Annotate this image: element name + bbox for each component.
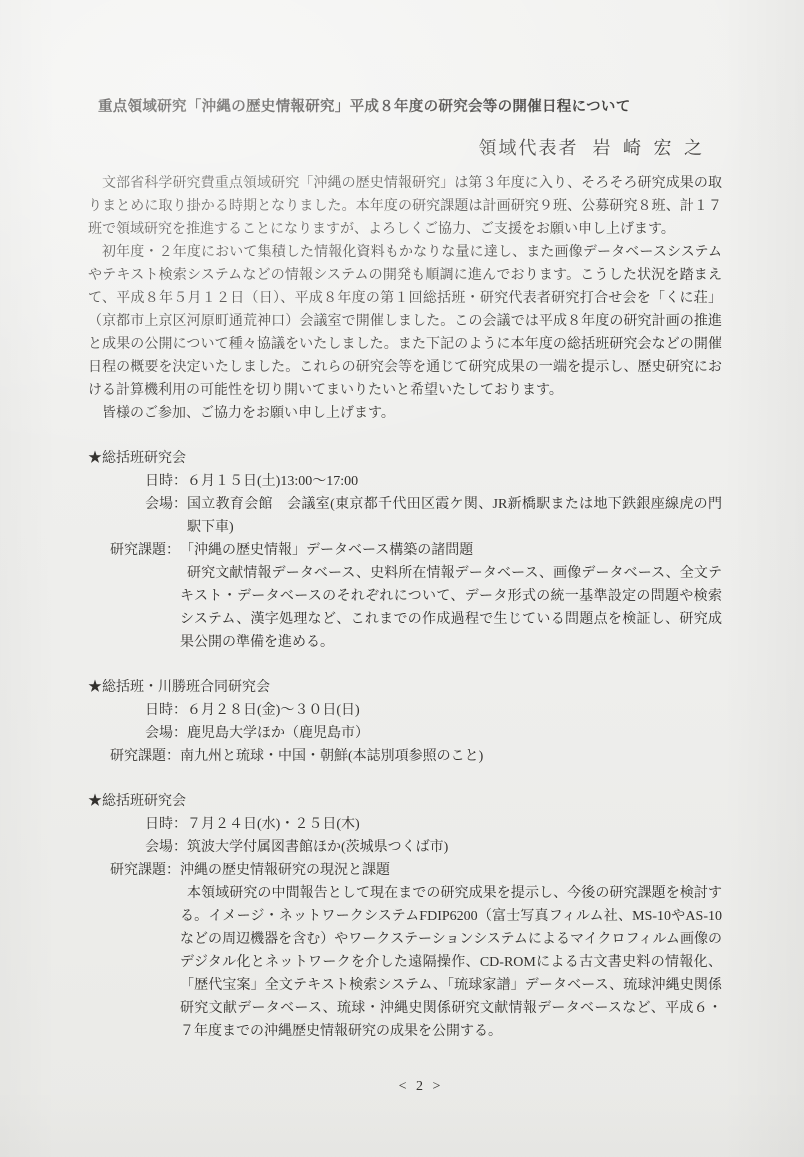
page-number: < 2 > bbox=[104, 1075, 738, 1098]
venue-label: 会場： bbox=[145, 493, 187, 539]
page-title: 重点領域研究「沖縄の歴史情報研究」平成８年度の研究会等の開催日程について bbox=[98, 96, 722, 119]
section-soukatsuhan-meeting-june: ★総括班研究会 日時： ６月１５日(土)13:00～17:00 会場： 国立教育… bbox=[88, 447, 722, 654]
topic-label: 研究課題： bbox=[110, 859, 180, 882]
section-heading: ★総括班・川勝班合同研究会 bbox=[88, 676, 722, 699]
topic-detail: 研究文献情報データベース、史料所在情報データベース、画像データベース、全文テキス… bbox=[180, 562, 722, 654]
author-line: 領域代表者岩 崎 宏 之 bbox=[88, 137, 706, 160]
venue-row: 会場： 国立教育会館 会議室(東京都千代田区霞ケ関、JR新橋駅または地下鉄銀座線… bbox=[145, 493, 722, 539]
venue-label: 会場： bbox=[145, 836, 187, 859]
datetime-row: 日時： ６月１５日(土)13:00～17:00 bbox=[145, 470, 722, 493]
datetime-value: ６月１５日(土)13:00～17:00 bbox=[187, 470, 722, 493]
datetime-row: 日時： ６月２８日(金)～３０日(日) bbox=[145, 699, 722, 722]
author-name: 岩 崎 宏 之 bbox=[593, 138, 707, 158]
section-heading: ★総括班研究会 bbox=[88, 447, 722, 470]
datetime-row: 日時： ７月２４日(水)・２５日(木) bbox=[145, 813, 722, 836]
venue-row: 会場： 鹿児島大学ほか（鹿児島市） bbox=[145, 722, 722, 745]
topic-row: 研究課題： 南九州と琉球・中国・朝鮮(本誌別項参照のこと) bbox=[110, 745, 722, 768]
scanned-document-page: 重点領域研究「沖縄の歴史情報研究」平成８年度の研究会等の開催日程について 領域代… bbox=[0, 0, 804, 1157]
venue-row: 会場： 筑波大学付属図書館ほか(茨城県つくば市) bbox=[145, 836, 722, 859]
section-heading: ★総括班研究会 bbox=[88, 790, 722, 813]
topic-row: 研究課題： 「沖縄の歴史情報」データベース構築の諸問題 bbox=[110, 539, 722, 562]
topic-label: 研究課題： bbox=[110, 745, 180, 768]
intro-paragraphs: 文部省科学研究費重点領域研究「沖縄の歴史情報研究」は第３年度に入り、そろそろ研究… bbox=[88, 172, 722, 425]
venue-value: 鹿児島大学ほか（鹿児島市） bbox=[187, 722, 722, 745]
datetime-label: 日時： bbox=[145, 470, 187, 493]
intro-paragraph-2: 初年度・２年度において集積した情報化資料もかなりな量に達し、また画像データベース… bbox=[88, 241, 722, 402]
datetime-value: ６月２８日(金)～３０日(日) bbox=[187, 699, 722, 722]
venue-value: 国立教育会館 会議室(東京都千代田区霞ケ関、JR新橋駅または地下鉄銀座線虎の門駅… bbox=[187, 493, 722, 539]
topic-value: 「沖縄の歴史情報」データベース構築の諸問題 bbox=[180, 539, 722, 562]
author-role: 領域代表者 bbox=[479, 138, 579, 158]
section-soukatsuhan-meeting-july: ★総括班研究会 日時： ７月２４日(水)・２５日(木) 会場： 筑波大学付属図書… bbox=[88, 790, 722, 1043]
intro-paragraph-1: 文部省科学研究費重点領域研究「沖縄の歴史情報研究」は第３年度に入り、そろそろ研究… bbox=[88, 172, 722, 241]
datetime-label: 日時： bbox=[145, 699, 187, 722]
venue-label: 会場： bbox=[145, 722, 187, 745]
intro-paragraph-3: 皆様のご参加、ご協力をお願い申し上げます。 bbox=[88, 402, 722, 425]
datetime-label: 日時： bbox=[145, 813, 187, 836]
venue-value: 筑波大学付属図書館ほか(茨城県つくば市) bbox=[187, 836, 722, 859]
topic-value: 南九州と琉球・中国・朝鮮(本誌別項参照のこと) bbox=[180, 745, 722, 768]
topic-detail: 本領域研究の中間報告として現在までの研究成果を提示し、今後の研究課題を検討する。… bbox=[180, 882, 722, 1043]
topic-row: 研究課題： 沖縄の歴史情報研究の現況と課題 bbox=[110, 859, 722, 882]
topic-label: 研究課題： bbox=[110, 539, 180, 562]
datetime-value: ７月２４日(水)・２５日(木) bbox=[187, 813, 722, 836]
section-joint-meeting-kagoshima: ★総括班・川勝班合同研究会 日時： ６月２８日(金)～３０日(日) 会場： 鹿児… bbox=[88, 676, 722, 768]
topic-value: 沖縄の歴史情報研究の現況と課題 bbox=[180, 859, 722, 882]
document-content: 重点領域研究「沖縄の歴史情報研究」平成８年度の研究会等の開催日程について 領域代… bbox=[0, 0, 804, 1098]
